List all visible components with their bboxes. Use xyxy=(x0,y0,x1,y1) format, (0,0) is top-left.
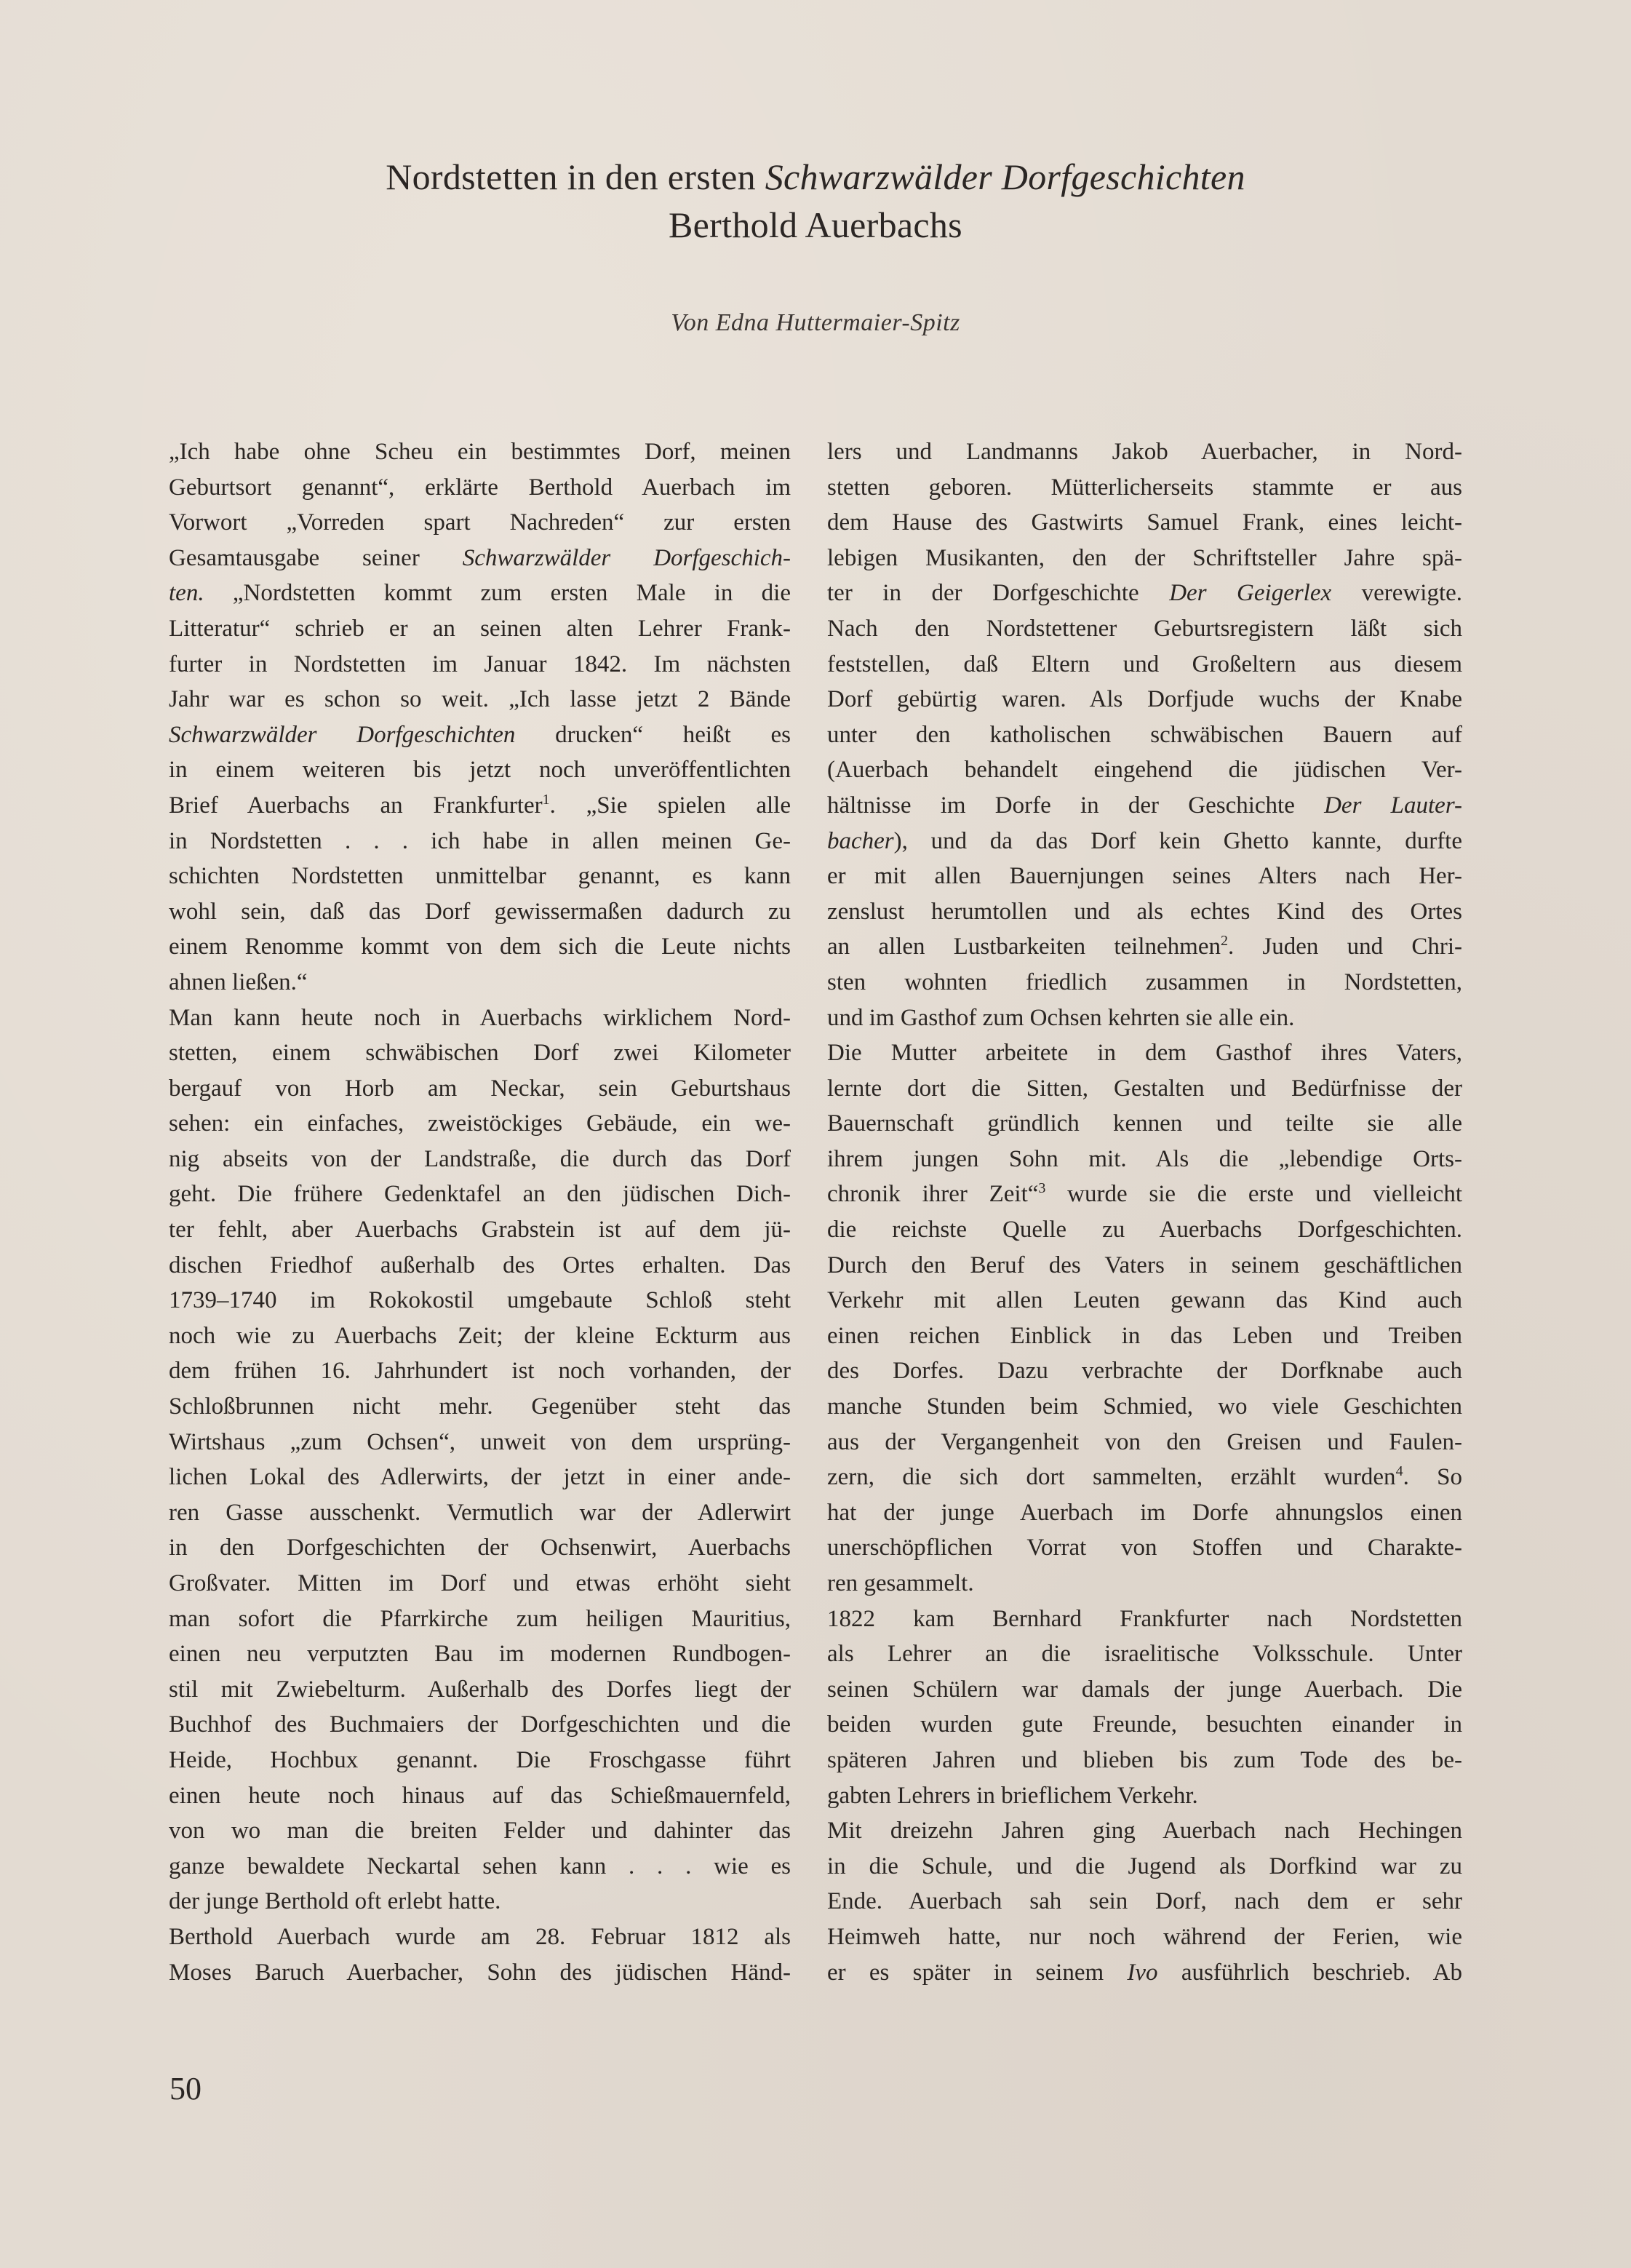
text-line: 1739–1740 im Rokokostil umgebaute Schloß… xyxy=(169,1283,791,1318)
right-text-column: lers und Landmanns Jakob Auerbacher, in … xyxy=(827,434,1462,1990)
text-line: Litteratur“ schrieb er an seinen alten L… xyxy=(169,611,791,647)
text-line: dem Hause des Gastwirts Samuel Frank, ei… xyxy=(827,505,1462,541)
text-line: chronik ihrer Zeit“3 wurde sie die erste… xyxy=(827,1177,1462,1212)
text-line: er es später in seinem Ivo ausführlich b… xyxy=(827,1955,1462,1991)
text-line: seinen Schülern war damals der junge Aue… xyxy=(827,1672,1462,1708)
text-line: wohl sein, daß das Dorf gewissermaßen da… xyxy=(169,894,791,930)
text-line: aus der Vergangenheit von den Greisen un… xyxy=(827,1425,1462,1460)
text-line: in die Schule, und die Jugend als Dorfki… xyxy=(827,1849,1462,1885)
text-line: ren gesammelt. xyxy=(827,1566,1462,1601)
text-line: in Nordstetten . . . ich habe in allen m… xyxy=(169,824,791,859)
text-line: Buchhof des Buchmaiers der Dorfgeschicht… xyxy=(169,1707,791,1743)
text-line: dem frühen 16. Jahrhundert ist noch vorh… xyxy=(169,1353,791,1389)
text-line: zenslust herumtollen und als echtes Kind… xyxy=(827,894,1462,930)
left-text-column: „Ich habe ohne Scheu ein bestimmtes Dorf… xyxy=(169,434,791,1990)
text-line: die reichste Quelle zu Auerbachs Dorfges… xyxy=(827,1212,1462,1248)
text-line: einen reichen Einblick in das Leben und … xyxy=(827,1318,1462,1354)
text-line: geht. Die frühere Gedenktafel an den jüd… xyxy=(169,1177,791,1212)
text-line: unerschöpflichen Vorrat von Stoffen und … xyxy=(827,1530,1462,1566)
text-line: als Lehrer an die israelitische Volkssch… xyxy=(827,1636,1462,1672)
text-line: „Ich habe ohne Scheu ein bestimmtes Dorf… xyxy=(169,434,791,470)
page-number: 50 xyxy=(170,2070,202,2107)
text-line: ren Gasse ausschenkt. Vermutlich war der… xyxy=(169,1495,791,1531)
title-line-2: Berthold Auerbachs xyxy=(0,201,1631,249)
text-line: an allen Lustbarkeiten teilnehmen2. Jude… xyxy=(827,929,1462,965)
italic-title: Schwarzwälder Dorfgeschich- xyxy=(463,545,791,571)
italic-title: Schwarzwälder Dorfgeschichten xyxy=(169,722,515,748)
text-line: dischen Friedhof außerhalb des Ortes erh… xyxy=(169,1248,791,1284)
text-line: feststellen, daß Eltern und Großeltern a… xyxy=(827,647,1462,683)
text-line: späteren Jahren und blieben bis zum Tode… xyxy=(827,1743,1462,1778)
text-line: schichten Nordstetten unmittelbar genann… xyxy=(169,859,791,894)
text-line: ten. „Nordstetten kommt zum ersten Male … xyxy=(169,576,791,611)
text-line: Vorwort „Vorreden spart Nachreden“ zur e… xyxy=(169,505,791,541)
text-line: Berthold Auerbach wurde am 28. Februar 1… xyxy=(169,1919,791,1955)
text-line: Geburtsort genannt“, erklärte Berthold A… xyxy=(169,470,791,506)
title-line-1-italic: Schwarzwälder Dorfgeschichten xyxy=(765,156,1245,197)
text-line: sehen: ein einfaches, zweistöckiges Gebä… xyxy=(169,1106,791,1142)
text-line: noch wie zu Auerbachs Zeit; der kleine E… xyxy=(169,1318,791,1354)
text-line: bacher), und da das Dorf kein Ghetto kan… xyxy=(827,824,1462,859)
text-line: zern, die sich dort sammelten, erzählt w… xyxy=(827,1460,1462,1495)
article-title: Nordstetten in den ersten Schwarzwälder … xyxy=(0,153,1631,249)
text-line: Dorf gebürtig waren. Als Dorfjude wuchs … xyxy=(827,682,1462,717)
text-line: (Auerbach behandelt eingehend die jüdisc… xyxy=(827,752,1462,788)
text-line: hältnisse im Dorfe in der Geschichte Der… xyxy=(827,788,1462,824)
text-line: Jahr war es schon so weit. „Ich lasse je… xyxy=(169,682,791,717)
text-line: Man kann heute noch in Auerbachs wirklic… xyxy=(169,1000,791,1036)
text-line: ter in der Dorfgeschichte Der Geigerlex … xyxy=(827,576,1462,611)
text-line: ihrem jungen Sohn mit. Als die „lebendig… xyxy=(827,1142,1462,1177)
text-line: in den Dorfgeschichten der Ochsenwirt, A… xyxy=(169,1530,791,1566)
text-line: einem Renomme kommt von dem sich die Leu… xyxy=(169,929,791,965)
text-line: einen neu verputzten Bau im modernen Run… xyxy=(169,1636,791,1672)
magazine-page: Nordstetten in den ersten Schwarzwälder … xyxy=(0,0,1631,2268)
text-line: Großvater. Mitten im Dorf und etwas erhö… xyxy=(169,1566,791,1601)
text-line: ganze bewaldete Neckartal sehen kann . .… xyxy=(169,1849,791,1885)
italic-title: ten. xyxy=(169,580,204,606)
title-line-1-plain: Nordstetten in den ersten xyxy=(386,156,765,197)
footnote-marker: 3 xyxy=(1038,1180,1045,1196)
italic-title: Der Geigerlex xyxy=(1169,580,1331,606)
text-line: Gesamtausgabe seiner Schwarzwälder Dorfg… xyxy=(169,541,791,576)
text-line: Moses Baruch Auerbacher, Sohn des jüdisc… xyxy=(169,1955,791,1991)
text-line: Wirtshaus „zum Ochsen“, unweit von dem u… xyxy=(169,1425,791,1460)
text-line: einen heute noch hinaus auf das Schießma… xyxy=(169,1778,791,1814)
italic-title: Ivo xyxy=(1127,1959,1157,1986)
text-line: des Dorfes. Dazu verbrachte der Dorfknab… xyxy=(827,1353,1462,1389)
text-line: Schwarzwälder Dorfgeschichten drucken“ h… xyxy=(169,717,791,753)
text-line: Brief Auerbachs an Frankfurter1. „Sie sp… xyxy=(169,788,791,824)
text-line: Durch den Beruf des Vaters in seinem ges… xyxy=(827,1248,1462,1284)
text-line: in einem weiteren bis jetzt noch unveröf… xyxy=(169,752,791,788)
title-line-1: Nordstetten in den ersten Schwarzwälder … xyxy=(0,153,1631,201)
text-line: stetten geboren. Mütterlicherseits stamm… xyxy=(827,470,1462,506)
text-line: Die Mutter arbeitete in dem Gasthof ihre… xyxy=(827,1035,1462,1071)
text-line: lebigen Musikanten, den der Schriftstell… xyxy=(827,541,1462,576)
italic-title: bacher xyxy=(827,828,894,854)
text-line: Verkehr mit allen Leuten gewann das Kind… xyxy=(827,1283,1462,1318)
text-line: 1822 kam Bernhard Frankfurter nach Nords… xyxy=(827,1601,1462,1637)
text-line: Heide, Hochbux genannt. Die Froschgasse … xyxy=(169,1743,791,1778)
text-line: Nach den Nordstettener Geburtsregistern … xyxy=(827,611,1462,647)
text-line: hat der junge Auerbach im Dorfe ahnungsl… xyxy=(827,1495,1462,1531)
text-line: der junge Berthold oft erlebt hatte. xyxy=(169,1884,791,1919)
text-line: Bauernschaft gründlich kennen und teilte… xyxy=(827,1106,1462,1142)
footnote-marker: 1 xyxy=(543,792,550,808)
footnote-marker: 4 xyxy=(1396,1463,1403,1479)
text-line: Ende. Auerbach sah sein Dorf, nach dem e… xyxy=(827,1884,1462,1919)
text-line: unter den katholischen schwäbischen Baue… xyxy=(827,717,1462,753)
italic-title: Der Lauter- xyxy=(1324,792,1462,819)
text-line: sten wohnten friedlich zusammen in Nords… xyxy=(827,965,1462,1000)
text-line: manche Stunden beim Schmied, wo viele Ge… xyxy=(827,1389,1462,1425)
text-line: Heimweh hatte, nur noch während der Feri… xyxy=(827,1919,1462,1955)
text-line: und im Gasthof zum Ochsen kehrten sie al… xyxy=(827,1000,1462,1036)
text-line: beiden wurden gute Freunde, besuchten ei… xyxy=(827,1707,1462,1743)
author-byline: Von Edna Huttermaier-Spitz xyxy=(0,309,1631,337)
text-line: lernte dort die Sitten, Gestalten und Be… xyxy=(827,1071,1462,1107)
text-line: ter fehlt, aber Auerbachs Grabstein ist … xyxy=(169,1212,791,1248)
text-line: man sofort die Pfarrkirche zum heiligen … xyxy=(169,1601,791,1637)
text-line: bergauf von Horb am Neckar, sein Geburts… xyxy=(169,1071,791,1107)
text-line: stetten, einem schwäbischen Dorf zwei Ki… xyxy=(169,1035,791,1071)
text-line: lichen Lokal des Adlerwirts, der jetzt i… xyxy=(169,1460,791,1495)
text-line: lers und Landmanns Jakob Auerbacher, in … xyxy=(827,434,1462,470)
text-line: stil mit Zwiebelturm. Außerhalb des Dorf… xyxy=(169,1672,791,1708)
text-line: von wo man die breiten Felder und dahint… xyxy=(169,1813,791,1849)
text-line: Schloßbrunnen nicht mehr. Gegenüber steh… xyxy=(169,1389,791,1425)
text-line: nig abseits von der Landstraße, die durc… xyxy=(169,1142,791,1177)
text-line: er mit allen Bauernjungen seines Alters … xyxy=(827,859,1462,894)
text-line: furter in Nordstetten im Januar 1842. Im… xyxy=(169,647,791,683)
text-line: ahnen ließen.“ xyxy=(169,965,791,1000)
footnote-marker: 2 xyxy=(1221,933,1228,949)
text-line: Mit dreizehn Jahren ging Auerbach nach H… xyxy=(827,1813,1462,1849)
text-line: gabten Lehrers in brieflichem Verkehr. xyxy=(827,1778,1462,1814)
